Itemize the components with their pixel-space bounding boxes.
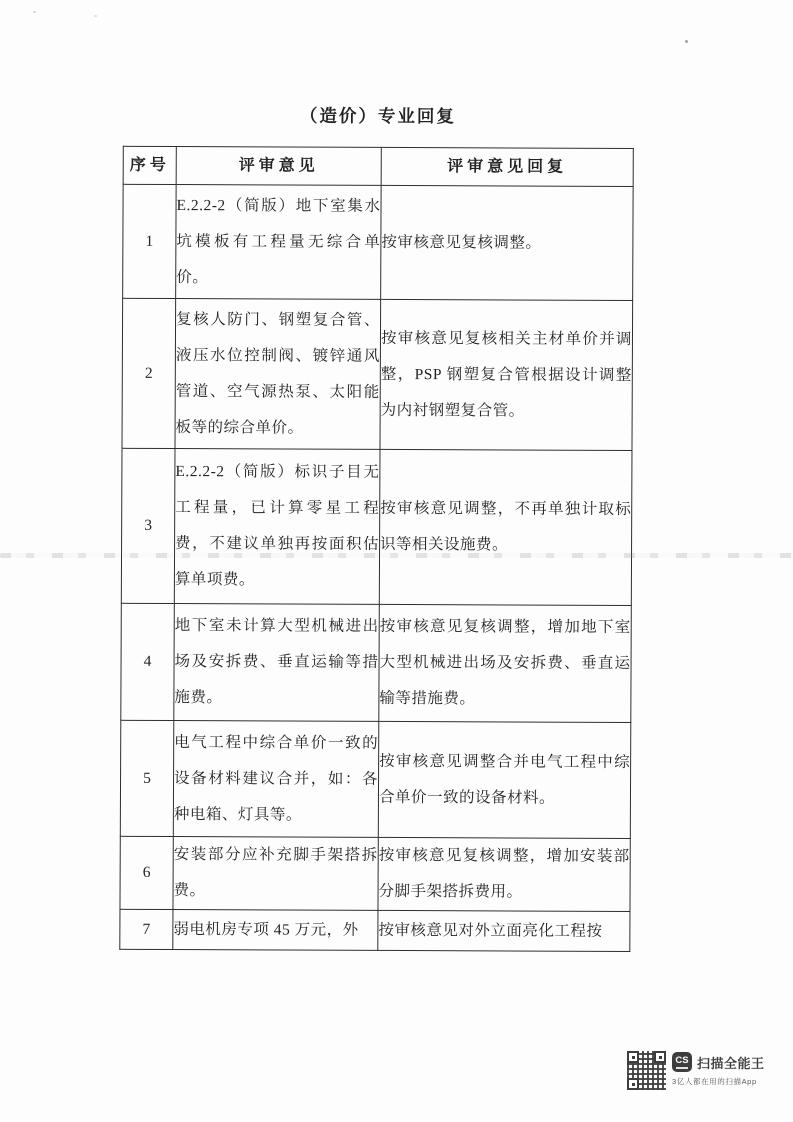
camscanner-watermark: CS 扫描全能王 3亿人都在用的扫描App [627,1051,787,1093]
watermark-app-name: 扫描全能王 [697,1053,765,1072]
row-number-cell: 5 [120,720,174,836]
qr-finder-icon [627,1078,639,1090]
opinion-cell: 安装部分应补充脚手架搭拆费。 [173,837,378,911]
opinion-cell: 弱电机房专项 45 万元，外 [173,910,378,951]
table-row: 4地下室未计算大型机械进出场及安拆费、垂直运输等措施费。按审核意见复核调整，增加… [121,603,632,722]
camscanner-logo-subbar [676,1067,688,1069]
scan-speck [685,40,688,43]
qr-finder-icon [654,1051,666,1063]
header-col-opinion: 评审意见 [176,147,381,186]
watermark-text-block: CS 扫描全能王 3亿人都在用的扫描App [672,1052,765,1087]
opinion-cell: 电气工程中综合单价一致的设备材料建议合并，如：各种电箱、灯具等。 [173,721,379,838]
scanned-document: （造价）专业回复 序号 评审意见 评审意见回复 1E.2.2-2（简版）地下室集… [0,0,793,1122]
table-row: 6安装部分应补充脚手架搭拆费。按审核意见复核调整，增加安装部分脚手架搭拆费用。 [120,836,630,911]
reply-cell: 按审核意见复核调整，增加安装部分脚手架搭拆费用。 [378,837,630,911]
camscanner-logo-text: CS [675,1056,688,1066]
header-row: 序号 评审意见 评审意见回复 [123,146,633,186]
row-number-cell: 3 [121,448,175,603]
qr-finder-icon [627,1051,639,1063]
review-table: 序号 评审意见 评审意见回复 1E.2.2-2（简版）地下室集水坑模板有工程量无… [119,146,634,952]
reply-cell: 按审核意见对外立面亮化工程按 [378,910,630,951]
reply-cell: 按审核意见复核调整。 [381,185,633,300]
row-number-cell: 4 [121,603,175,720]
qr-code-icon [627,1051,666,1090]
row-number-cell: 1 [123,184,176,298]
watermark-tagline: 3亿人都在用的扫描App [672,1076,765,1087]
scanner-streak-artifact [0,553,793,558]
table-row: 2复核人防门、钢塑复合管、液压水位控制阀、镀锌通风管道、空气源热泵、太阳能板等的… [122,298,633,450]
row-number-cell: 7 [120,909,173,949]
opinion-cell: 复核人防门、钢塑复合管、液压水位控制阀、镀锌通风管道、空气源热泵、太阳能板等的综… [175,299,381,450]
row-number-cell: 6 [120,836,173,909]
reply-cell: 按审核意见复核相关主材单价并调整，PSP 钢塑复合管根据设计调整为内衬钢塑复合管… [380,299,633,450]
table-row: 5电气工程中综合单价一致的设备材料建议合并，如：各种电箱、灯具等。按审核意见调整… [120,720,631,838]
scan-speck [94,15,97,17]
table-row: 3E.2.2-2（简版）标识子目无工程量，已计算零星工程费，不建议单独再按面积估… [121,448,632,605]
row-number-cell: 2 [122,298,176,448]
table-row: 1E.2.2-2（简版）地下室集水坑模板有工程量无综合单价。按审核意见复核调整。 [123,184,633,300]
reply-cell: 按审核意见调整，不再单独计取标识等相关设施费。 [379,449,632,605]
review-table-header: 序号 评审意见 评审意见回复 [123,146,633,186]
opinion-cell: 地下室未计算大型机械进出场及安拆费、垂直运输等措施费。 [174,604,380,722]
opinion-cell: E.2.2-2（简版）地下室集水坑模板有工程量无综合单价。 [176,185,381,300]
header-col-reply: 评审意见回复 [381,147,633,186]
camscanner-logo-icon: CS [672,1052,692,1072]
table-row: 7弱电机房专项 45 万元，外按审核意见对外立面亮化工程按 [120,909,630,951]
review-table-body: 1E.2.2-2（简版）地下室集水坑模板有工程量无综合单价。按审核意见复核调整。… [120,184,633,951]
reply-cell: 按审核意见调整合并电气工程中综合单价一致的设备材料。 [378,721,631,838]
scan-speck [33,11,36,13]
page-title: （造价）专业回复 [123,102,633,129]
opinion-cell: E.2.2-2（简版）标识子目无工程量，已计算零星工程费，不建议单独再按面积估算… [174,449,380,605]
reply-cell: 按审核意见复核调整，增加地下室大型机械进出场及安拆费、垂直运输等措施费。 [379,604,632,722]
header-col-no: 序号 [123,146,176,184]
